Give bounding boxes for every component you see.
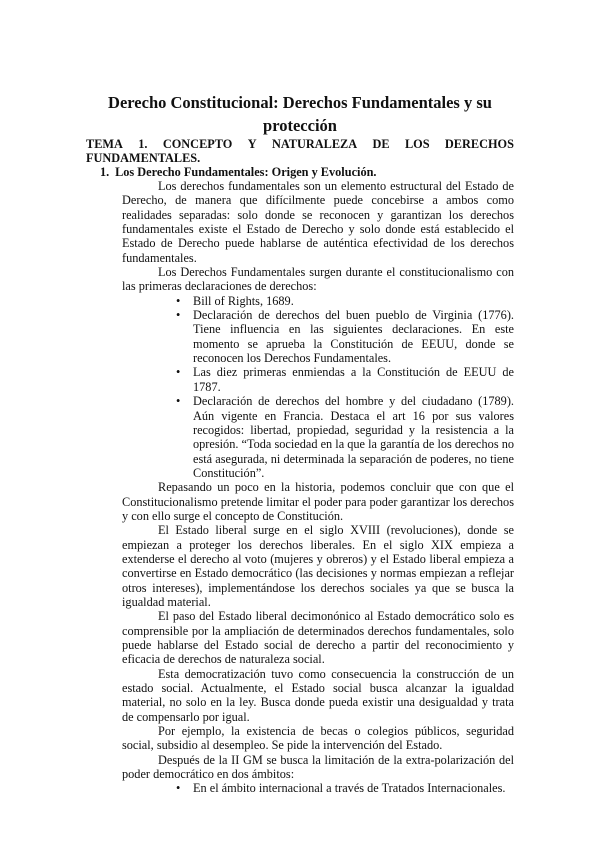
paragraph: Los Derechos Fundamentales surgen durant… (122, 265, 514, 294)
tema-word: LOS (405, 137, 430, 151)
paragraph: Repasando un poco en la historia, podemo… (122, 480, 514, 523)
section-number: 1. (100, 165, 112, 179)
bullet-icon: • (176, 294, 180, 308)
tema-heading-line-2: FUNDAMENTALES. (86, 151, 514, 165)
bullet-icon: • (176, 394, 180, 408)
paragraph: Por ejemplo, la existencia de becas o co… (122, 724, 514, 753)
list-item: •Declaración de derechos del buen pueblo… (122, 308, 514, 365)
list-item-text: En el ámbito internacional a través de T… (193, 781, 505, 795)
list-item-text: Declaración de derechos del hombre y del… (193, 394, 514, 480)
paragraph: Esta democratización tuvo como consecuen… (122, 667, 514, 724)
tema-word: NATURALEZA (272, 137, 357, 151)
bullet-icon: • (176, 308, 180, 322)
tema-heading: TEMA 1. CONCEPTO Y NATURALEZA DE LOS DER… (86, 137, 514, 165)
paragraph: Los derechos fundamentales son un elemen… (122, 179, 514, 265)
tema-word: Y (248, 137, 257, 151)
paragraph: Después de la II GM se busca la limitaci… (122, 753, 514, 782)
paragraph: El Estado liberal surge en el siglo XVII… (122, 523, 514, 609)
tema-word: CONCEPTO (163, 137, 232, 151)
tema-heading-line-1: TEMA 1. CONCEPTO Y NATURALEZA DE LOS DER… (86, 137, 514, 151)
bullet-icon: • (176, 781, 180, 795)
paragraph: El paso del Estado liberal decimonónico … (122, 609, 514, 666)
list-item-text: Bill of Rights, 1689. (193, 294, 294, 308)
section-title: Los Derecho Fundamentales: Origen y Evol… (115, 165, 376, 179)
list-item: •En el ámbito internacional a través de … (122, 781, 514, 795)
section-heading: 1. Los Derecho Fundamentales: Origen y E… (100, 165, 377, 179)
tema-word: DERECHOS (445, 137, 514, 151)
tema-word: TEMA (86, 137, 123, 151)
document-title: Derecho Constitucional: Derechos Fundame… (86, 91, 514, 137)
list-item: •Bill of Rights, 1689. (122, 294, 514, 308)
list-item-text: Las diez primeras enmiendas a la Constit… (193, 365, 514, 393)
bullet-list-ambitos: •En el ámbito internacional a través de … (122, 781, 514, 795)
tema-word: 1. (138, 137, 147, 151)
tema-word: DE (372, 137, 389, 151)
document-page: Derecho Constitucional: Derechos Fundame… (0, 0, 599, 848)
list-item: •Declaración de derechos del hombre y de… (122, 394, 514, 480)
list-item-text: Declaración de derechos del buen pueblo … (193, 308, 514, 365)
bullet-icon: • (176, 365, 180, 379)
bullet-list-declarations: •Bill of Rights, 1689. •Declaración de d… (122, 294, 514, 480)
list-item: •Las diez primeras enmiendas a la Consti… (122, 365, 514, 394)
document-body: Los derechos fundamentales son un elemen… (122, 179, 514, 796)
